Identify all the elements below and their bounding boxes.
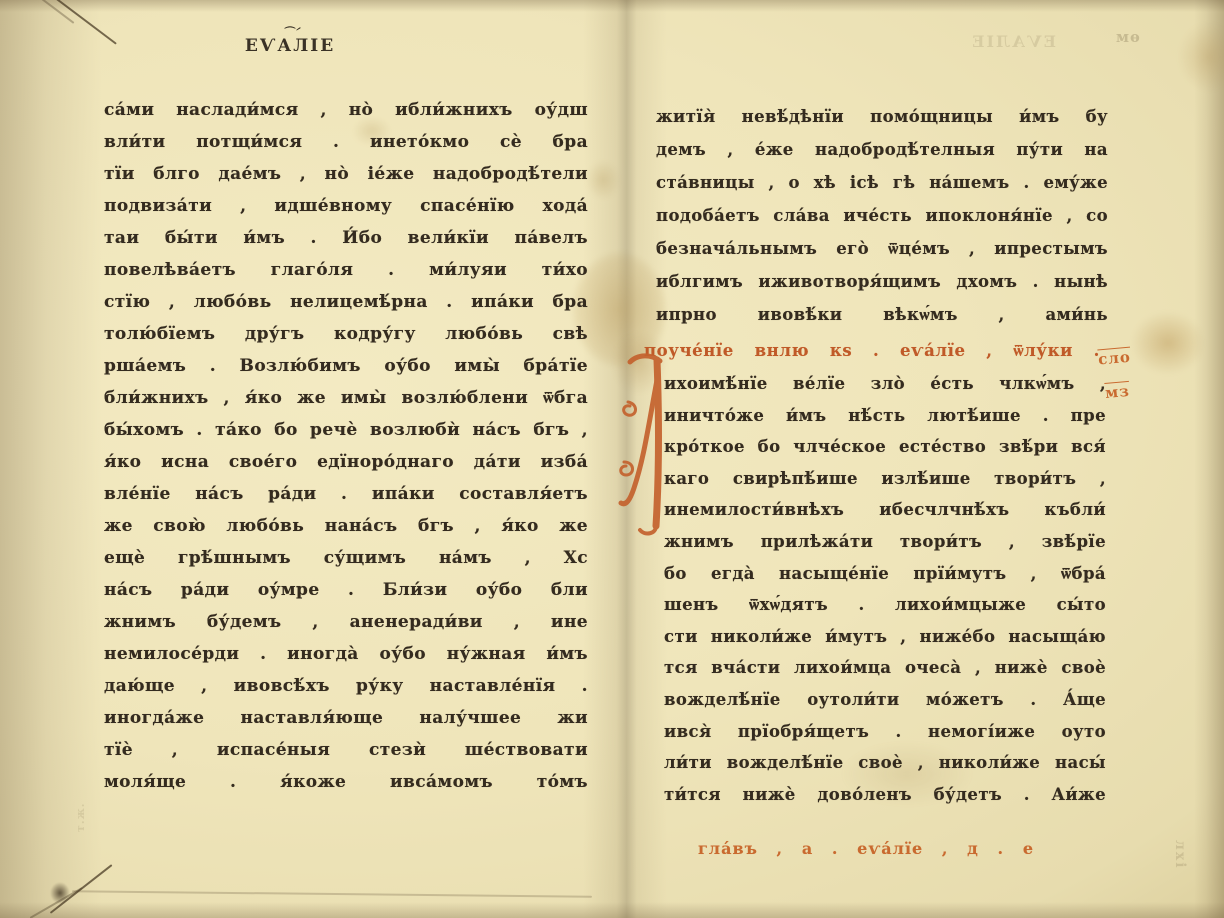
drop-cap-ornament <box>618 348 666 536</box>
text-line: жнимъ прилѣжа́ти твори́тъ , звѣ́рїе <box>664 526 1106 558</box>
margin-note-word: сло <box>1084 345 1146 370</box>
rubric-heading: поуче́нїе внлю кѕ . еѵа́лїе , ѿлу́ки . <box>644 334 1100 367</box>
text-line: каго свирѣпѣ́ише излѣ́ише твори́тъ , <box>664 463 1106 495</box>
text-line: бы́хомъ . та́ко бо речѐ возлюбѝ на́съ бг… <box>104 414 588 446</box>
text-line: подоба́етъ сла́ва иче́сть ипоклоня́нїе ,… <box>656 199 1108 232</box>
foxing-stain <box>586 160 620 200</box>
text-line: вожделѣ́нїе оутоли́ти мо́жетъ . А́ще <box>664 684 1106 716</box>
running-head: ⌒́ ЕѴАЛІЕ <box>180 30 400 56</box>
text-line: повелѣва́етъ глаго́ля . ми́луяи ти́хо <box>104 254 588 286</box>
text-line: я́ко исна свое́го едїноро́днаго да́ти из… <box>104 446 588 478</box>
right-page-edge-shadow <box>1194 0 1224 918</box>
margin-note: сло мз <box>1084 345 1148 404</box>
text-line: вли́ти потщи́мся . инето́кмо сѐ бра <box>104 126 588 158</box>
text-line: инемилости́внѣхъ ибесчлчнѣ́хъ къбли́ <box>664 494 1106 526</box>
text-line: иничто́же и́мъ нѣ́сть лютѣ́ише . пре <box>664 400 1106 432</box>
text-line: толю́бїемъ дру́гъ кодру́гу любо́вь свѣ <box>104 318 588 350</box>
text-line: иногда́же наставля́юще налу́чшее жи <box>104 702 588 734</box>
page-corner-line <box>26 0 75 23</box>
text-line: же свою̀ любо́вь нана́съ бгъ , я́ко же <box>104 510 588 542</box>
text-line: демъ , е́же надобродѣ́телныя пу́ти на <box>656 133 1108 166</box>
text-line: ихоимѣ́нїе ве́лїе зло̀ е́сть члкѡ́мъ , <box>664 368 1106 400</box>
text-line: вле́нїе на́съ ра́ди . ипа́ки составля́ет… <box>104 478 588 510</box>
text-line: са́ми наслади́мся , но̀ ибли́жнихъ оу́дш <box>104 94 588 126</box>
text-line: немилосе́рди . иногда̀ оу́бо ну́жная и́м… <box>104 638 588 670</box>
show-through-title: ЕѴАЛІЕ <box>876 32 1056 51</box>
text-line: ста́вницы , о хѣ ісѣ гѣ на́шемъ . ему́же <box>656 166 1108 199</box>
text-line: бо егда̀ насыще́нїе прїи́мутъ , ѿбра́ <box>664 558 1106 590</box>
right-page-sermon-column: ихоимѣ́нїе ве́лїе зло̀ е́сть члкѡ́мъ ,ин… <box>664 368 1106 810</box>
foxing-stain <box>1178 22 1224 92</box>
left-page-edge-shadow <box>0 0 102 918</box>
text-line: моля́ще . я́коже ивса́момъ то́мъ <box>104 766 588 798</box>
show-through-number: мѳ <box>1116 28 1141 46</box>
drop-cap-initial: Л <box>618 348 666 536</box>
footer-chapter-line: гла́въ , а . еѵа́лїе , д . е <box>698 834 1034 864</box>
text-line: стїю , любо́вь нелицемѣ́рна . ипа́ки бра <box>104 286 588 318</box>
show-through-left-mark: т.ж. <box>74 802 87 832</box>
book-scan: ⌒́ ЕѴАЛІЕ са́ми наслади́мся , но̀ ибли́ж… <box>0 0 1224 918</box>
text-line: рша́емъ . Возлю́бимъ оу́бо имы̀ бра́тїе <box>104 350 588 382</box>
text-line: иблгимъ иживотворя́щимъ дхомъ . нынѣ <box>656 265 1108 298</box>
text-line: тся вча́сти лихои́мца очеса̀ , нижѐ своѐ <box>664 652 1106 684</box>
text-line: ти́тся нижѐ дово́ленъ бу́детъ . Аи́же <box>664 779 1106 811</box>
text-line: жнимъ бу́демъ , аненеради́ви , ине <box>104 606 588 638</box>
text-line: житїя̀ невѣ́дѣнїи помо́щницы и́мъ бу <box>656 100 1108 133</box>
text-line: тїѐ , испасе́ныя стезѝ ше́ствовати <box>104 734 588 766</box>
text-line: сти николи́же и́мутъ , ниже́бо насыща́ю <box>664 621 1106 653</box>
text-line: ипрно ивовѣ́ки вѣкѡ́мъ , ами́нь <box>656 298 1108 331</box>
margin-note-number: мз <box>1087 379 1149 404</box>
text-line: таи бы́ти и́мъ . И́бо вели́кїи па́велъ <box>104 222 588 254</box>
text-line: ли́ти вожделѣ́нїе своѐ , николи́же насы́ <box>664 747 1106 779</box>
top-edge-shadow <box>0 0 1224 12</box>
text-line: подвиза́ти , идше́вному спасе́нїю хода́ <box>104 190 588 222</box>
text-line: даю́ще , ивовсѣ́хъ ру́ку наставле́нїя . <box>104 670 588 702</box>
text-line: кро́ткое бо члче́ское есте́ство звѣ́ри в… <box>664 431 1106 463</box>
text-line: тїи блго дае́мъ , но̀ іе́же надобродѣ́те… <box>104 158 588 190</box>
text-line: шенъ ѿхѡ́дятъ . лихои́мцыже сы́то <box>664 589 1106 621</box>
running-head-text: ЕѴАЛІЕ <box>245 36 335 56</box>
bottom-edge-shadow <box>0 902 1224 918</box>
text-line: бли́жнихъ , я́ко же имы̀ возлю́блени ѿбг… <box>104 382 588 414</box>
text-line: ещѐ грѣ́шнымъ су́щимъ на́мъ , Хс <box>104 542 588 574</box>
text-line: на́съ ра́ди оу́мре . Бли́зи оу́бо бли <box>104 574 588 606</box>
right-page-intro-column: житїя̀ невѣ́дѣнїи помо́щницы и́мъ будемъ… <box>656 100 1108 331</box>
page-bottom-edge-line <box>72 890 592 897</box>
left-page-text-column: са́ми наслади́мся , но̀ ибли́жнихъ оу́дш… <box>104 94 588 798</box>
show-through-signature: лхі <box>1172 840 1188 870</box>
text-line: безнача́льнымъ его̀ ѿце́мъ , ипрестымъ <box>656 232 1108 265</box>
text-line: ився̀ прїобря́щетъ . немогі́иже оуто <box>664 716 1106 748</box>
